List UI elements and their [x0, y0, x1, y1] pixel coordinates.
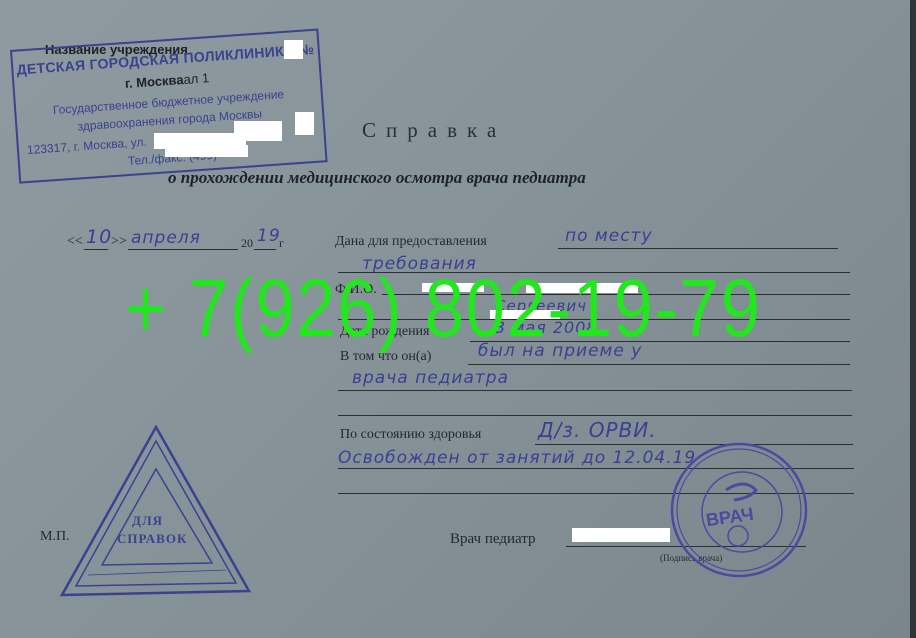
triangle-stamp-line-2: СПРАВОК: [117, 531, 187, 547]
date-year-mark: г: [279, 236, 284, 251]
phone-watermark: + 7(926) 802-19-79: [125, 268, 762, 350]
document-subtitle: о прохождении медицинского осмотра врача…: [168, 168, 586, 188]
page-edge-shadow: [910, 0, 916, 638]
institution-stamp: ДЕТСКАЯ ГОРОДСКАЯ ПОЛИКЛИНИКА № г. Москв…: [10, 28, 328, 183]
document-title: Справка: [362, 118, 506, 143]
date-year-suffix: 19: [257, 226, 281, 246]
issued-for-label: Дана для предоставления: [335, 234, 487, 250]
date-close-quote: >>: [111, 234, 127, 250]
date-year-underline: [254, 249, 276, 250]
date-open-quote: <<: [67, 234, 83, 250]
health-value-2: Освобожден от занятий до 12.04.19: [338, 448, 696, 468]
fact-value-2: врача педиатра: [352, 368, 509, 388]
issued-for-value: по месту: [565, 226, 653, 246]
date-day-underline: [84, 249, 108, 250]
redaction-box: [284, 40, 303, 59]
triangle-stamp: [58, 423, 253, 598]
date-day: 10: [86, 226, 112, 248]
fact-line-2: [338, 390, 852, 391]
triangle-stamp-line-1: ДЛЯ: [132, 513, 163, 529]
fact-line-1: [468, 364, 850, 365]
fact-line-3: [338, 415, 852, 416]
redaction-box: [295, 112, 314, 135]
date-month-underline: [128, 249, 238, 250]
health-label: По состоянию здоровья: [340, 427, 481, 443]
date-month: апреля: [131, 228, 201, 248]
doctor-label: Врач педиатр: [450, 531, 536, 548]
redaction-box: [572, 528, 670, 542]
issued-for-line-1: [558, 248, 838, 249]
health-value: Д/з. ОРВИ.: [538, 418, 657, 442]
redaction-box: [165, 145, 248, 157]
date-year-prefix: 20: [241, 236, 253, 251]
